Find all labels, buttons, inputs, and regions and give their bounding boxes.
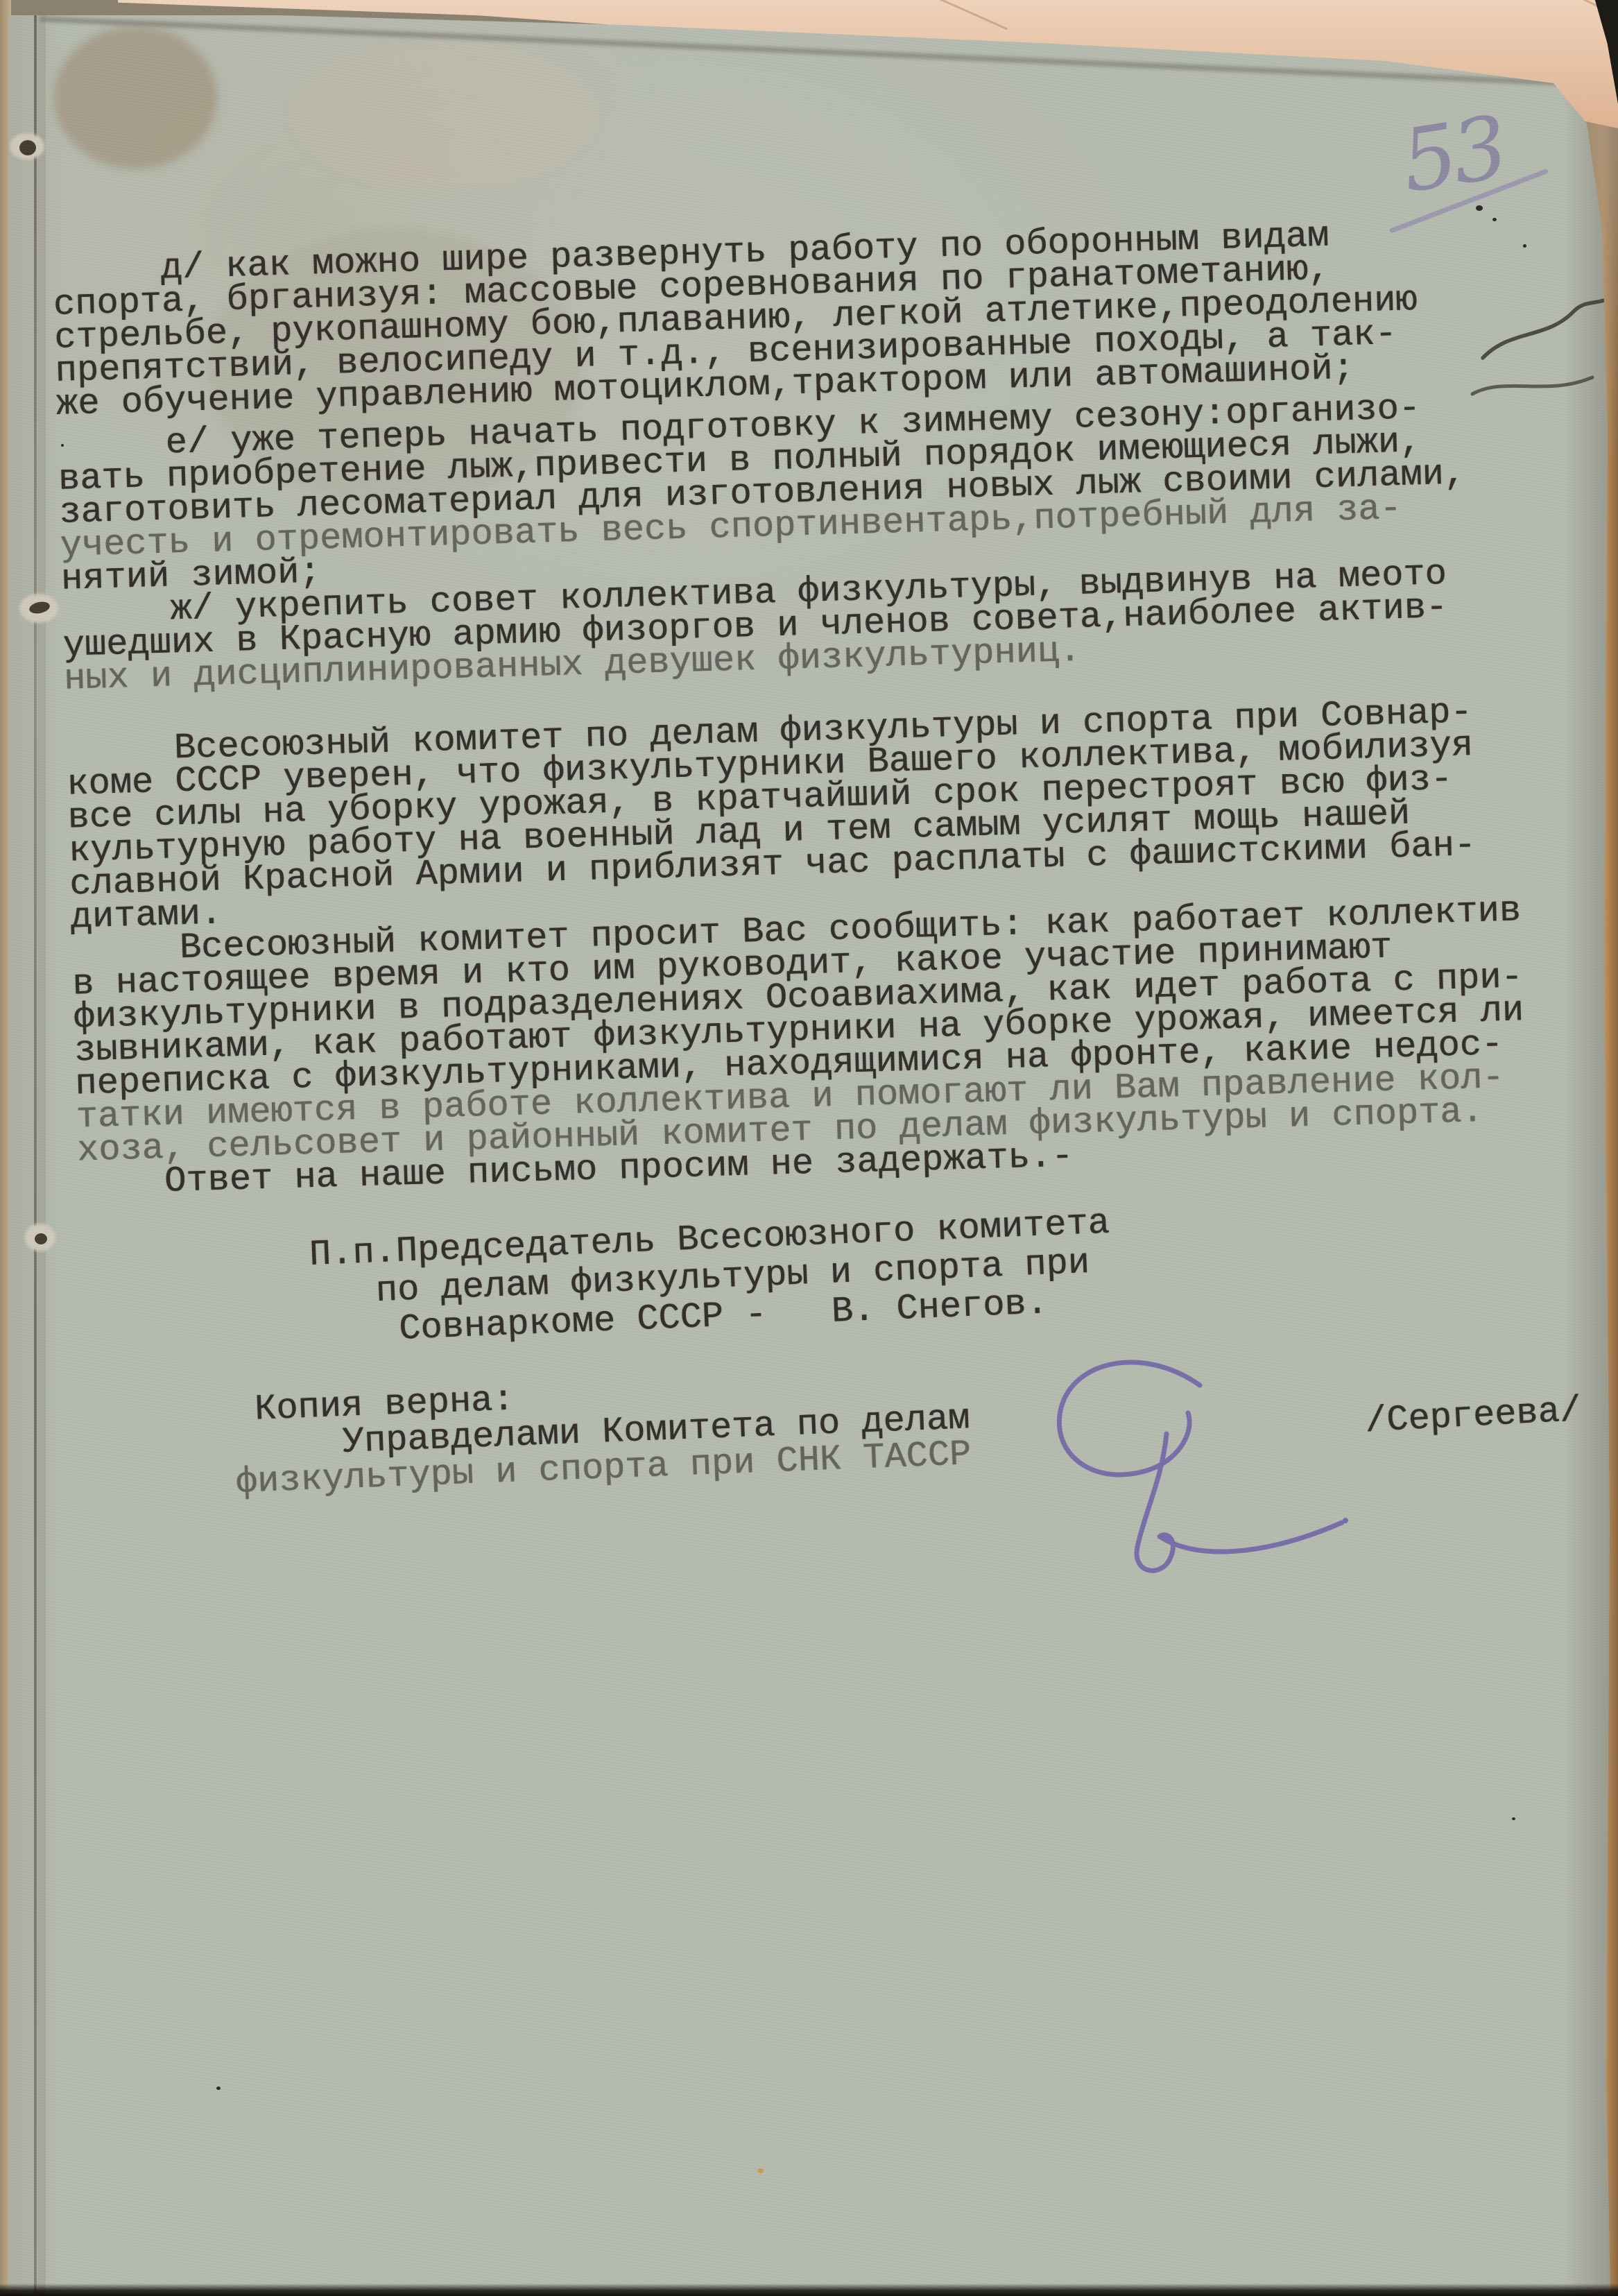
document-page: 53 д/ как можно шире развернуть работу п…	[0, 0, 1618, 2296]
pen-mark	[1462, 361, 1601, 416]
paper-crease	[900, 0, 1008, 30]
ink-speck	[1512, 1817, 1515, 1820]
scan-bottom-edge	[0, 2284, 1618, 2296]
ink-speck	[1476, 205, 1483, 211]
ink-speck	[216, 2087, 221, 2090]
stain	[291, 40, 596, 189]
certification-block: Копия верна: Управделами Комитета по дел…	[232, 1364, 972, 1501]
fold-crease-shadow	[37, 0, 46, 2296]
fold-crease-line	[34, 0, 37, 2296]
paper-spot	[757, 2168, 764, 2173]
countersign-name: /Сергеева/	[1364, 1390, 1583, 1442]
handwritten-ink-signature	[992, 1349, 1366, 1613]
stain	[54, 26, 217, 169]
signature-block: П.п.Председатель Всесоюзного комитета по…	[309, 1204, 1113, 1353]
ink-speck	[1523, 244, 1526, 248]
archival-document-scan: 53 д/ как можно шире развернуть работу п…	[0, 0, 1618, 2296]
typed-body-text: д/ как можно шире развернуть работу по о…	[52, 215, 1528, 1201]
